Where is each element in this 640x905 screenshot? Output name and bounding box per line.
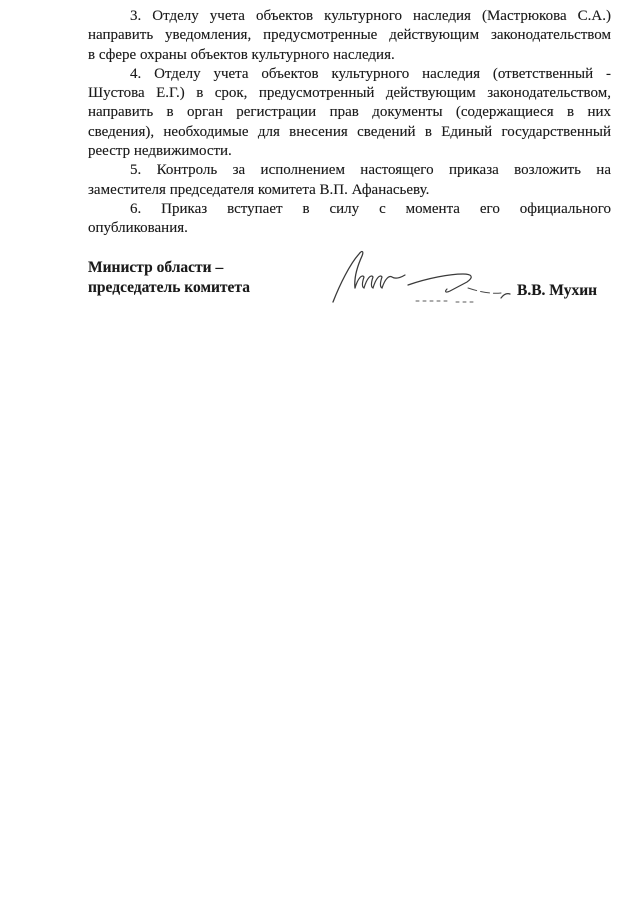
order-body-text: 3. Отделу учета объектов культурного нас… <box>88 7 611 239</box>
paragraph-line: реестр недвижимости. <box>88 142 611 161</box>
paragraph-line: в сфере охраны объектов культурного насл… <box>88 46 611 65</box>
signer-position: Министр области – председатель комитета <box>88 258 250 297</box>
paragraph-line: 3. Отделу учета объектов культурного нас… <box>88 7 611 26</box>
paragraph-6: 6. Приказ вступает в силу с момента его … <box>88 200 611 239</box>
paragraph-line: 6. Приказ вступает в силу с момента его … <box>88 200 611 219</box>
signer-position-line2: председатель комитета <box>88 278 250 298</box>
paragraph-line: Шустова Е.Г.) в срок, предусмотренный де… <box>88 84 611 103</box>
signer-name: В.В. Мухин <box>517 282 597 300</box>
paragraph-5: 5. Контроль за исполнением настоящего пр… <box>88 161 611 200</box>
paragraph-line: 4. Отделу учета объектов культурного нас… <box>88 65 611 84</box>
paragraph-line: направить уведомления, предусмотренные д… <box>88 26 611 45</box>
paragraph-line: опубликования. <box>88 219 611 238</box>
signature-block: Министр области – председатель комитета … <box>88 258 611 328</box>
paragraph-line: сведения), необходимые для внесения свед… <box>88 123 611 142</box>
signer-position-line1: Министр области – <box>88 258 250 278</box>
paragraph-4: 4. Отделу учета объектов культурного нас… <box>88 65 611 161</box>
paragraph-line: направить в орган регистрации прав докум… <box>88 103 611 122</box>
paragraph-3: 3. Отделу учета объектов культурного нас… <box>88 7 611 65</box>
scanned-document-page: 3. Отделу учета объектов культурного нас… <box>0 0 640 905</box>
paragraph-line: 5. Контроль за исполнением настоящего пр… <box>88 161 611 180</box>
paragraph-line: заместителя председателя комитета В.П. А… <box>88 181 611 200</box>
handwritten-signature-icon <box>328 246 513 312</box>
